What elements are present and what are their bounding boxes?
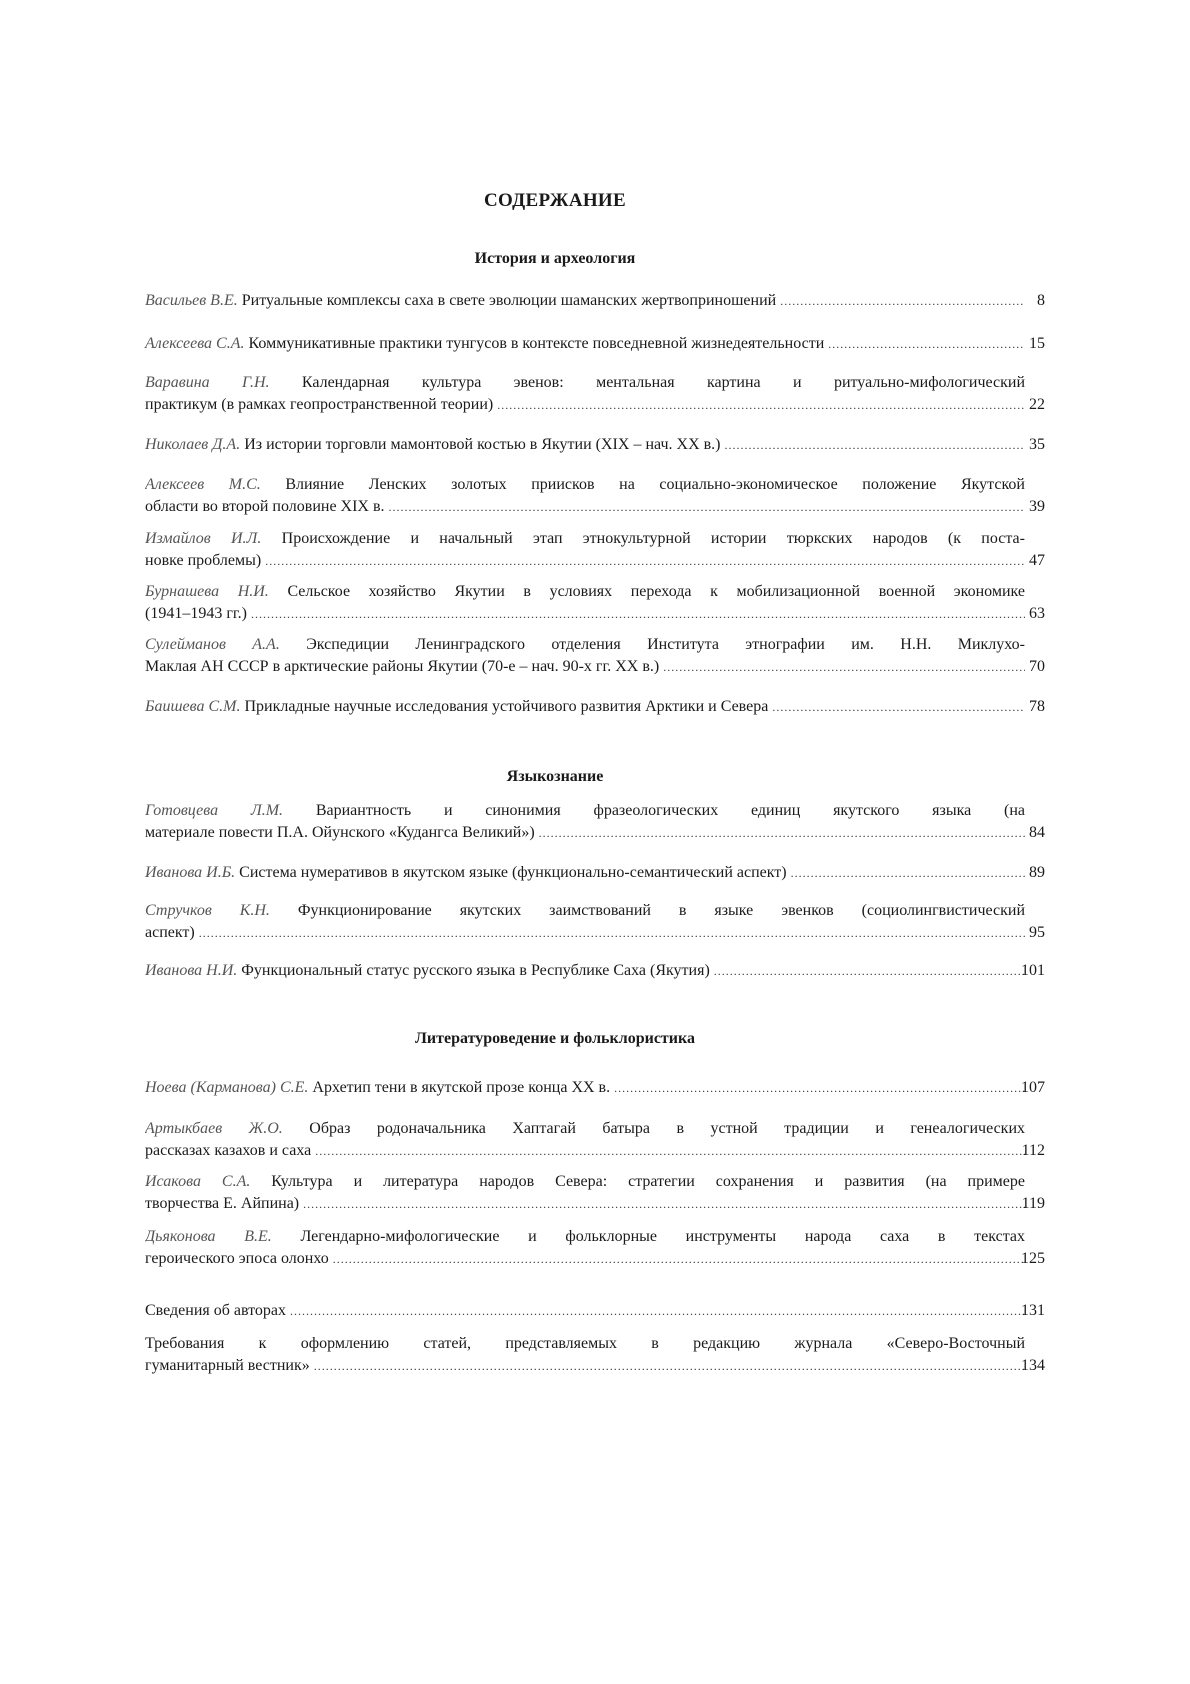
toc-entry[interactable]: Дьяконова В.Е. Легендарно-мифологические… — [145, 1226, 1045, 1270]
dot-leader — [333, 1248, 1025, 1270]
entry-title: рассказах казахов и саха — [145, 1140, 311, 1162]
toc-entry[interactable]: Николаев Д.А. Из истории торговли мамонт… — [145, 434, 1045, 456]
entry-title: области во второй половине XIX в. — [145, 496, 385, 518]
toc-entry[interactable]: Алексеев М.С. Влияние Ленских золотых пр… — [145, 474, 1045, 518]
page-number: 35 — [1005, 434, 1045, 456]
entry-title: аспект) — [145, 922, 195, 944]
toc-entry[interactable]: Стручков К.Н. Функционирование якутских … — [145, 900, 1045, 944]
entry-author: Артыкбаев Ж.О. — [145, 1120, 309, 1137]
entry-title: Сельское хозяйство Якутии в условиях пер… — [287, 583, 1025, 600]
entry-author: Исакова С.А. — [145, 1173, 271, 1190]
entry-author: Варавина Г.Н. — [145, 374, 302, 391]
entry-title: Функционирование якутских заимствований … — [298, 902, 1025, 919]
entry-line: Сулейманов А.А. Экспедиции Ленинградског… — [145, 634, 1025, 656]
dot-leader — [199, 922, 1025, 944]
toc-entry[interactable]: Баишева С.М. Прикладные научные исследов… — [145, 696, 1045, 718]
page-number: 84 — [1005, 822, 1045, 844]
dot-leader — [772, 696, 1025, 718]
entry-line: Исакова С.А. Культура и литература народ… — [145, 1171, 1025, 1193]
dot-leader — [791, 862, 1025, 884]
entry-title: Система нумеративов в якутском языке (фу… — [239, 862, 786, 884]
page-number: 89 — [1005, 862, 1045, 884]
dot-leader — [290, 1300, 1025, 1322]
entry-line: Стручков К.Н. Функционирование якутских … — [145, 900, 1025, 922]
page-number: 39 — [1005, 496, 1045, 518]
page-number: 125 — [1005, 1248, 1045, 1270]
entry-title: Функциональный статус русского языка в Р… — [241, 960, 710, 982]
section-title: Языкознание — [145, 768, 965, 786]
page-number: 63 — [1005, 603, 1045, 625]
toc-entry[interactable]: Исакова С.А. Культура и литература народ… — [145, 1171, 1045, 1215]
section-title: История и археология — [145, 250, 965, 268]
page-number: 70 — [1005, 656, 1045, 678]
entry-title: Архетип тени в якутской прозе конца XX в… — [312, 1077, 610, 1099]
dot-leader — [314, 1355, 1025, 1377]
toc-entry[interactable]: Готовцева Л.М. Вариантность и синонимия … — [145, 800, 1045, 844]
toc-entry[interactable]: Иванова И.Б. Система нумеративов в якутс… — [145, 862, 1045, 884]
entry-author: Иванова И.Б. — [145, 862, 239, 884]
toc-entry[interactable]: Иванова Н.И. Функциональный статус русск… — [145, 960, 1045, 982]
page-number: 8 — [1005, 290, 1045, 312]
entry-author: Алексеев М.С. — [145, 476, 285, 493]
entry-author: Алексеева С.А. — [145, 333, 249, 355]
dot-leader — [265, 550, 1025, 572]
entry-author: Дьяконова В.Е. — [145, 1228, 300, 1245]
page-number: 101 — [1005, 960, 1045, 982]
entry-line: Варавина Г.Н. Календарная культура эвено… — [145, 372, 1025, 394]
entry-title: Сведения об авторах — [145, 1300, 286, 1322]
entry-author: Ноева (Карманова) С.Е. — [145, 1077, 312, 1099]
page-number: 134 — [1005, 1355, 1045, 1377]
entry-title: Маклая АН СССР в арктические районы Якут… — [145, 656, 659, 678]
dot-leader — [614, 1077, 1025, 1099]
dot-leader — [539, 822, 1025, 844]
entry-title: Влияние Ленских золотых приисков на соци… — [285, 476, 1025, 493]
page-number: 107 — [1005, 1077, 1045, 1099]
dot-leader — [389, 496, 1025, 518]
entry-author: Готовцева Л.М. — [145, 802, 316, 819]
entry-title: новке проблемы) — [145, 550, 261, 572]
entry-title: Из истории торговли мамонтовой костью в … — [244, 434, 720, 456]
page-number: 15 — [1005, 333, 1045, 355]
page-number: 47 — [1005, 550, 1045, 572]
dot-leader — [251, 603, 1025, 625]
page-number: 95 — [1005, 922, 1045, 944]
dot-leader — [828, 333, 1025, 355]
entry-line: Измайлов И.Л. Происхождение и начальный … — [145, 528, 1025, 550]
dot-leader — [315, 1140, 1025, 1162]
entry-title: Культура и литература народов Севера: ст… — [271, 1173, 1025, 1190]
page-number: 78 — [1005, 696, 1045, 718]
entry-title: Прикладные научные исследования устойчив… — [244, 696, 768, 718]
toc-entry[interactable]: Ноева (Карманова) С.Е. Архетип тени в як… — [145, 1077, 1045, 1099]
toc-appendix-entry[interactable]: Сведения об авторах131 — [145, 1300, 1045, 1322]
entry-author: Сулейманов А.А. — [145, 636, 306, 653]
entry-title: Вариантность и синонимия фразеологически… — [316, 802, 1025, 819]
entry-author: Стручков К.Н. — [145, 902, 298, 919]
entry-title: (1941–1943 гг.) — [145, 603, 247, 625]
entry-author: Баишева С.М. — [145, 696, 244, 718]
dot-leader — [714, 960, 1025, 982]
entry-title: Требования к оформлению статей, представ… — [145, 1335, 1025, 1352]
toc-entry[interactable]: Васильев В.Е. Ритуальные комплексы саха … — [145, 290, 1045, 312]
dot-leader — [663, 656, 1025, 678]
entry-author: Бурнашева Н.И. — [145, 583, 287, 600]
toc-entry[interactable]: Сулейманов А.А. Экспедиции Ленинградског… — [145, 634, 1045, 678]
entry-title: Календарная культура эвенов: ментальная … — [302, 374, 1025, 391]
toc-entry[interactable]: Артыкбаев Ж.О. Образ родоначальника Хапт… — [145, 1118, 1045, 1162]
page-number: 22 — [1005, 394, 1045, 416]
dot-leader — [497, 394, 1025, 416]
entry-line: Готовцева Л.М. Вариантность и синонимия … — [145, 800, 1025, 822]
section-title: Литературоведение и фольклористика — [145, 1030, 965, 1048]
toc-entry[interactable]: Бурнашева Н.И. Сельское хозяйство Якутии… — [145, 581, 1045, 625]
page-title: СОДЕРЖАНИЕ — [145, 190, 965, 212]
entry-title: Экспедиции Ленинградского отделения Инст… — [306, 636, 1025, 653]
entry-line: Бурнашева Н.И. Сельское хозяйство Якутии… — [145, 581, 1025, 603]
toc-entry[interactable]: Варавина Г.Н. Календарная культура эвено… — [145, 372, 1045, 416]
entry-line: Артыкбаев Ж.О. Образ родоначальника Хапт… — [145, 1118, 1025, 1140]
page-number: 131 — [1005, 1300, 1045, 1322]
page-number: 119 — [1005, 1193, 1045, 1215]
entry-title: Происхождение и начальный этап этнокульт… — [282, 530, 1025, 547]
dot-leader — [780, 290, 1025, 312]
dot-leader — [303, 1193, 1025, 1215]
page-number: 112 — [1005, 1140, 1045, 1162]
entry-author: Измайлов И.Л. — [145, 530, 282, 547]
entry-line: Требования к оформлению статей, представ… — [145, 1333, 1025, 1355]
entry-title: творчества Е. Айпина) — [145, 1193, 299, 1215]
dot-leader — [725, 434, 1026, 456]
entry-line: Дьяконова В.Е. Легендарно-мифологические… — [145, 1226, 1025, 1248]
entry-title: материале повести П.А. Ойунского «Куданг… — [145, 822, 535, 844]
entry-author: Васильев В.Е. — [145, 290, 242, 312]
entry-title: героического эпоса олонхо — [145, 1248, 329, 1270]
entry-title: гуманитарный вестник» — [145, 1355, 310, 1377]
entry-line: Алексеев М.С. Влияние Ленских золотых пр… — [145, 474, 1025, 496]
toc-appendix-entry[interactable]: Требования к оформлению статей, представ… — [145, 1333, 1045, 1377]
entry-author: Николаев Д.А. — [145, 434, 244, 456]
toc-entry[interactable]: Измайлов И.Л. Происхождение и начальный … — [145, 528, 1045, 572]
entry-author: Иванова Н.И. — [145, 960, 241, 982]
entry-title: Образ родоначальника Хаптагай батыра в у… — [309, 1120, 1025, 1137]
entry-title: практикум (в рамках геопространственной … — [145, 394, 493, 416]
entry-title: Ритуальные комплексы саха в свете эволюц… — [242, 290, 776, 312]
toc-entry[interactable]: Алексеева С.А. Коммуникативные практики … — [145, 333, 1045, 355]
entry-title: Коммуникативные практики тунгусов в конт… — [249, 333, 825, 355]
entry-title: Легендарно-мифологические и фольклорные … — [300, 1228, 1025, 1245]
